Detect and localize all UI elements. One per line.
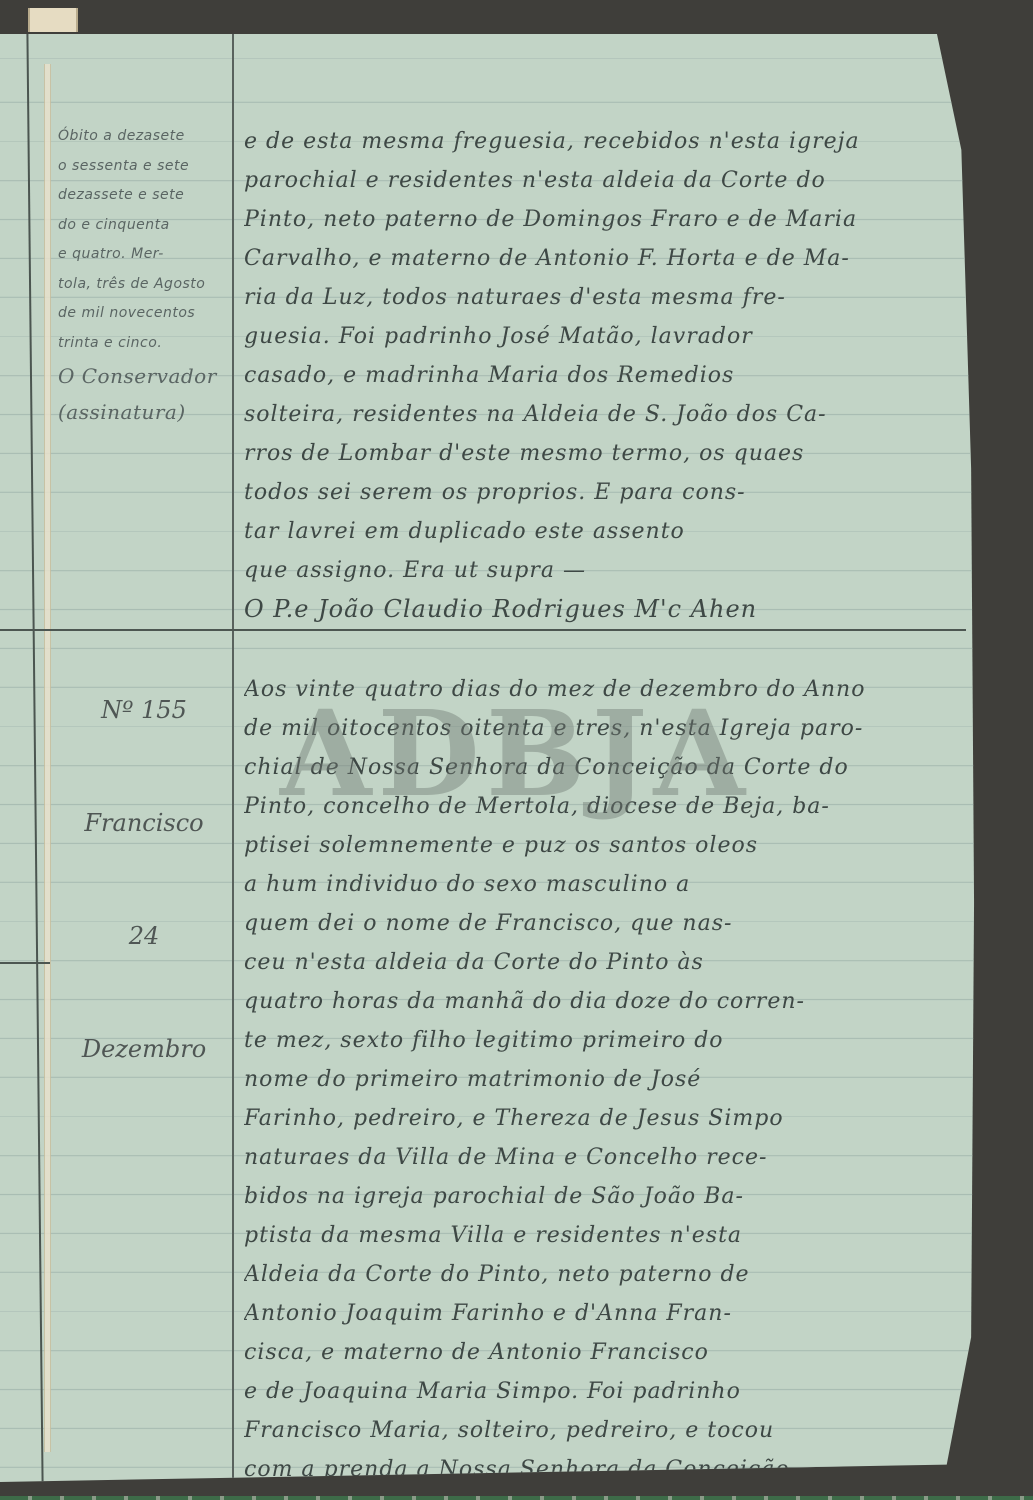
entry-body: Aos vinte quatro dias do mez de dezembro… [244,670,948,1489]
text-line: todos sei serem os proprios. E para cons… [244,473,948,512]
margin-note-line: O Conservador [58,358,230,394]
margin-note-line: o sessenta e sete [58,152,230,182]
margin-annotation: Óbito a dezasete o sessenta e sete dezas… [58,122,230,430]
text-line: ria da Luz, todos naturaes d'esta mesma … [244,278,948,317]
text-line: ptisei solemnemente e puz os santos oleo… [244,826,948,865]
margin-note-line: Óbito a dezasete [58,122,230,152]
priest-signature: O P.e João Claudio Rodrigues M'c Ahen [244,590,948,629]
text-line: Antonio Joaquim Farinho e d'Anna Fran- [244,1294,948,1333]
text-line: Pinto, neto paterno de Domingos Fraro e … [244,200,948,239]
entry-margin-metadata: Nº 155 Francisco 24 Dezembro [58,654,230,1106]
column-divider-rule [232,34,234,1482]
text-line: que assigno. Era ut supra — [244,551,948,590]
register-page: Óbito a dezasete o sessenta e sete dezas… [0,34,976,1482]
left-page-rule-fragment [0,962,50,964]
text-line: casado, e madrinha Maria dos Remedios [244,356,948,395]
text-line: tar lavrei em duplicado este assento [244,512,948,551]
entry-separator-line [0,629,966,631]
entry-day: 24 [58,880,230,993]
margin-signature: (assinatura) [58,394,230,430]
text-line: de mil oitocentos oitenta e tres, n'esta… [244,709,948,748]
text-line: Francisco Maria, solteiro, pedreiro, e t… [244,1411,948,1450]
text-line: ptista da mesma Villa e residentes n'est… [244,1216,948,1255]
baptized-name: Francisco [58,767,230,880]
text-line: ceu n'esta aldeia da Corte do Pinto às [244,943,948,982]
entry-number: Nº 155 [58,654,230,767]
page-fold-seam [44,64,51,1452]
text-line: quatro horas da manhã do dia doze do cor… [244,982,948,1021]
text-line: quem dei o nome de Francisco, que nas- [244,904,948,943]
margin-note-line: dezassete e sete [58,181,230,211]
text-line: Aos vinte quatro dias do mez de dezembro… [244,670,948,709]
margin-note-line: tola, três de Agosto [58,270,230,300]
text-line: parochial e residentes n'esta aldeia da … [244,161,948,200]
text-line: naturaes da Villa de Mina e Concelho rec… [244,1138,948,1177]
text-line: Farinho, pedreiro, e Thereza de Jesus Si… [244,1099,948,1138]
text-line: Carvalho, e materno de Antonio F. Horta … [244,239,948,278]
text-line: te mez, sexto filho legitimo primeiro do [244,1021,948,1060]
text-line: Pinto, concelho de Mertola, diocese de B… [244,787,948,826]
text-line: e de esta mesma freguesia, recebidos n'e… [244,122,948,161]
text-line: chial de Nossa Senhora da Conceição da C… [244,748,948,787]
text-line: nome do primeiro matrimonio de José [244,1060,948,1099]
text-line: Aldeia da Corte do Pinto, neto paterno d… [244,1255,948,1294]
text-line: solteira, residentes na Aldeia de S. Joã… [244,395,948,434]
text-line: bidos na igreja parochial de São João Ba… [244,1177,948,1216]
text-line: com a prenda a Nossa Senhora da Conceiçã… [244,1450,948,1489]
binding-tab [28,8,78,32]
margin-note-line: de mil novecentos [58,299,230,329]
text-line: rros de Lombar d'este mesmo termo, os qu… [244,434,948,473]
margin-note-line: do e cinquenta [58,211,230,241]
previous-entry-body: e de esta mesma freguesia, recebidos n'e… [244,122,948,629]
entry-month: Dezembro [58,993,230,1106]
text-line: a hum individuo do sexo masculino a [244,865,948,904]
margin-note-line: e quatro. Mer- [58,240,230,270]
text-line: cisca, e materno de Antonio Francisco [244,1333,948,1372]
margin-note-line: trinta e cinco. [58,329,230,359]
text-line: e de Joaquina Maria Simpo. Foi padrinho [244,1372,948,1411]
scan-color-scale-strip [0,1496,1033,1500]
text-line: guesia. Foi padrinho José Matão, lavrado… [244,317,948,356]
